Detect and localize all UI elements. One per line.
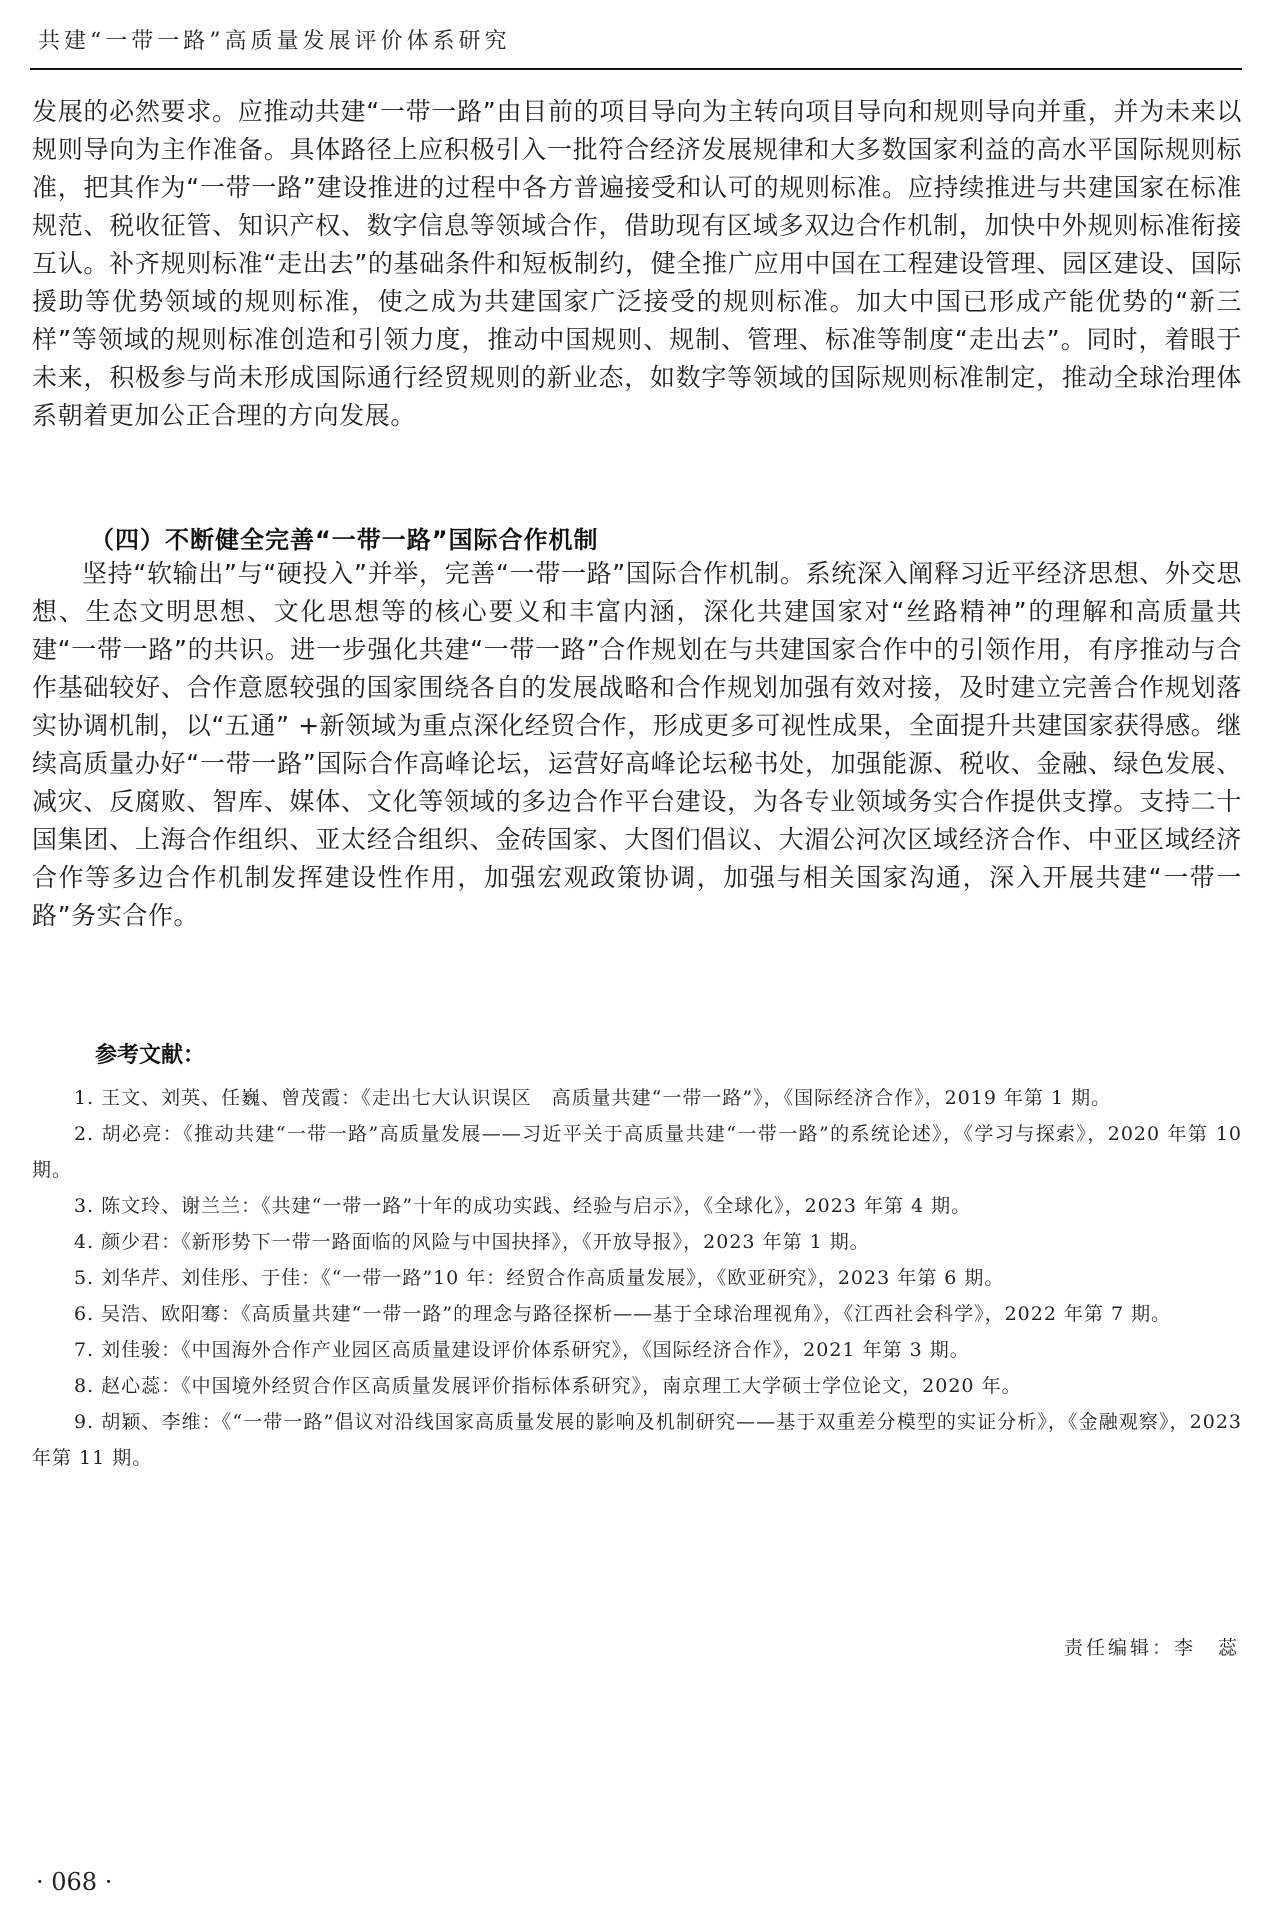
running-head: 共建“一带一路”高质量发展评价体系研究 <box>38 24 511 55</box>
page-number: · 068 · <box>36 1868 112 1896</box>
reference-item: 7. 刘佳骏：《中国海外合作产业园区高质量建设评价体系研究》，《国际经济合作》，… <box>32 1332 1242 1368</box>
header-rule <box>30 68 1242 70</box>
reference-item: 5. 刘华芹、刘佳彤、于佳：《“一带一路”10 年：经贸合作高质量发展》，《欧亚… <box>32 1260 1242 1296</box>
reference-item: 2. 胡必亮：《推动共建“一带一路”高质量发展——习近平关于高质量共建“一带一路… <box>32 1116 1242 1188</box>
reference-item: 1. 王文、刘英、任巍、曾茂霞：《走出七大认识误区 高质量共建“一带一路”》，《… <box>32 1080 1242 1116</box>
reference-item: 4. 颜少君：《新形势下一带一路面临的风险与中国抉择》，《开放导报》，2023 … <box>32 1224 1242 1260</box>
references-title: 参考文献： <box>95 1038 205 1069</box>
reference-item: 3. 陈文玲、谢兰兰：《共建“一带一路”十年的成功实践、经验与启示》，《全球化》… <box>32 1188 1242 1224</box>
editor-credit: 责任编辑：李 蕊 <box>1064 1633 1240 1660</box>
references-list: 1. 王文、刘英、任巍、曾茂霞：《走出七大认识误区 高质量共建“一带一路”》，《… <box>32 1080 1242 1476</box>
section-heading: （四）不断健全完善“一带一路”国际合作机制 <box>90 520 599 555</box>
journal-page: 共建“一带一路”高质量发展评价体系研究 发展的必然要求。应推动共建“一带一路”由… <box>0 0 1280 1921</box>
reference-item: 6. 吴浩、欧阳骞：《高质量共建“一带一路”的理念与路径探析——基于全球治理视角… <box>32 1296 1242 1332</box>
reference-item: 8. 赵心蕊：《中国境外经贸合作区高质量发展评价指标体系研究》，南京理工大学硕士… <box>32 1368 1242 1404</box>
reference-item: 9. 胡颖、李维：《“一带一路”倡议对沿线国家高质量发展的影响及机制研究——基于… <box>32 1404 1242 1476</box>
body-paragraph-1: 发展的必然要求。应推动共建“一带一路”由目前的项目导向为主转向项目导向和规则导向… <box>32 93 1242 435</box>
body-paragraph-2: 坚持“软输出”与“硬投入”并举，完善“一带一路”国际合作机制。系统深入阐释习近平… <box>32 555 1242 935</box>
